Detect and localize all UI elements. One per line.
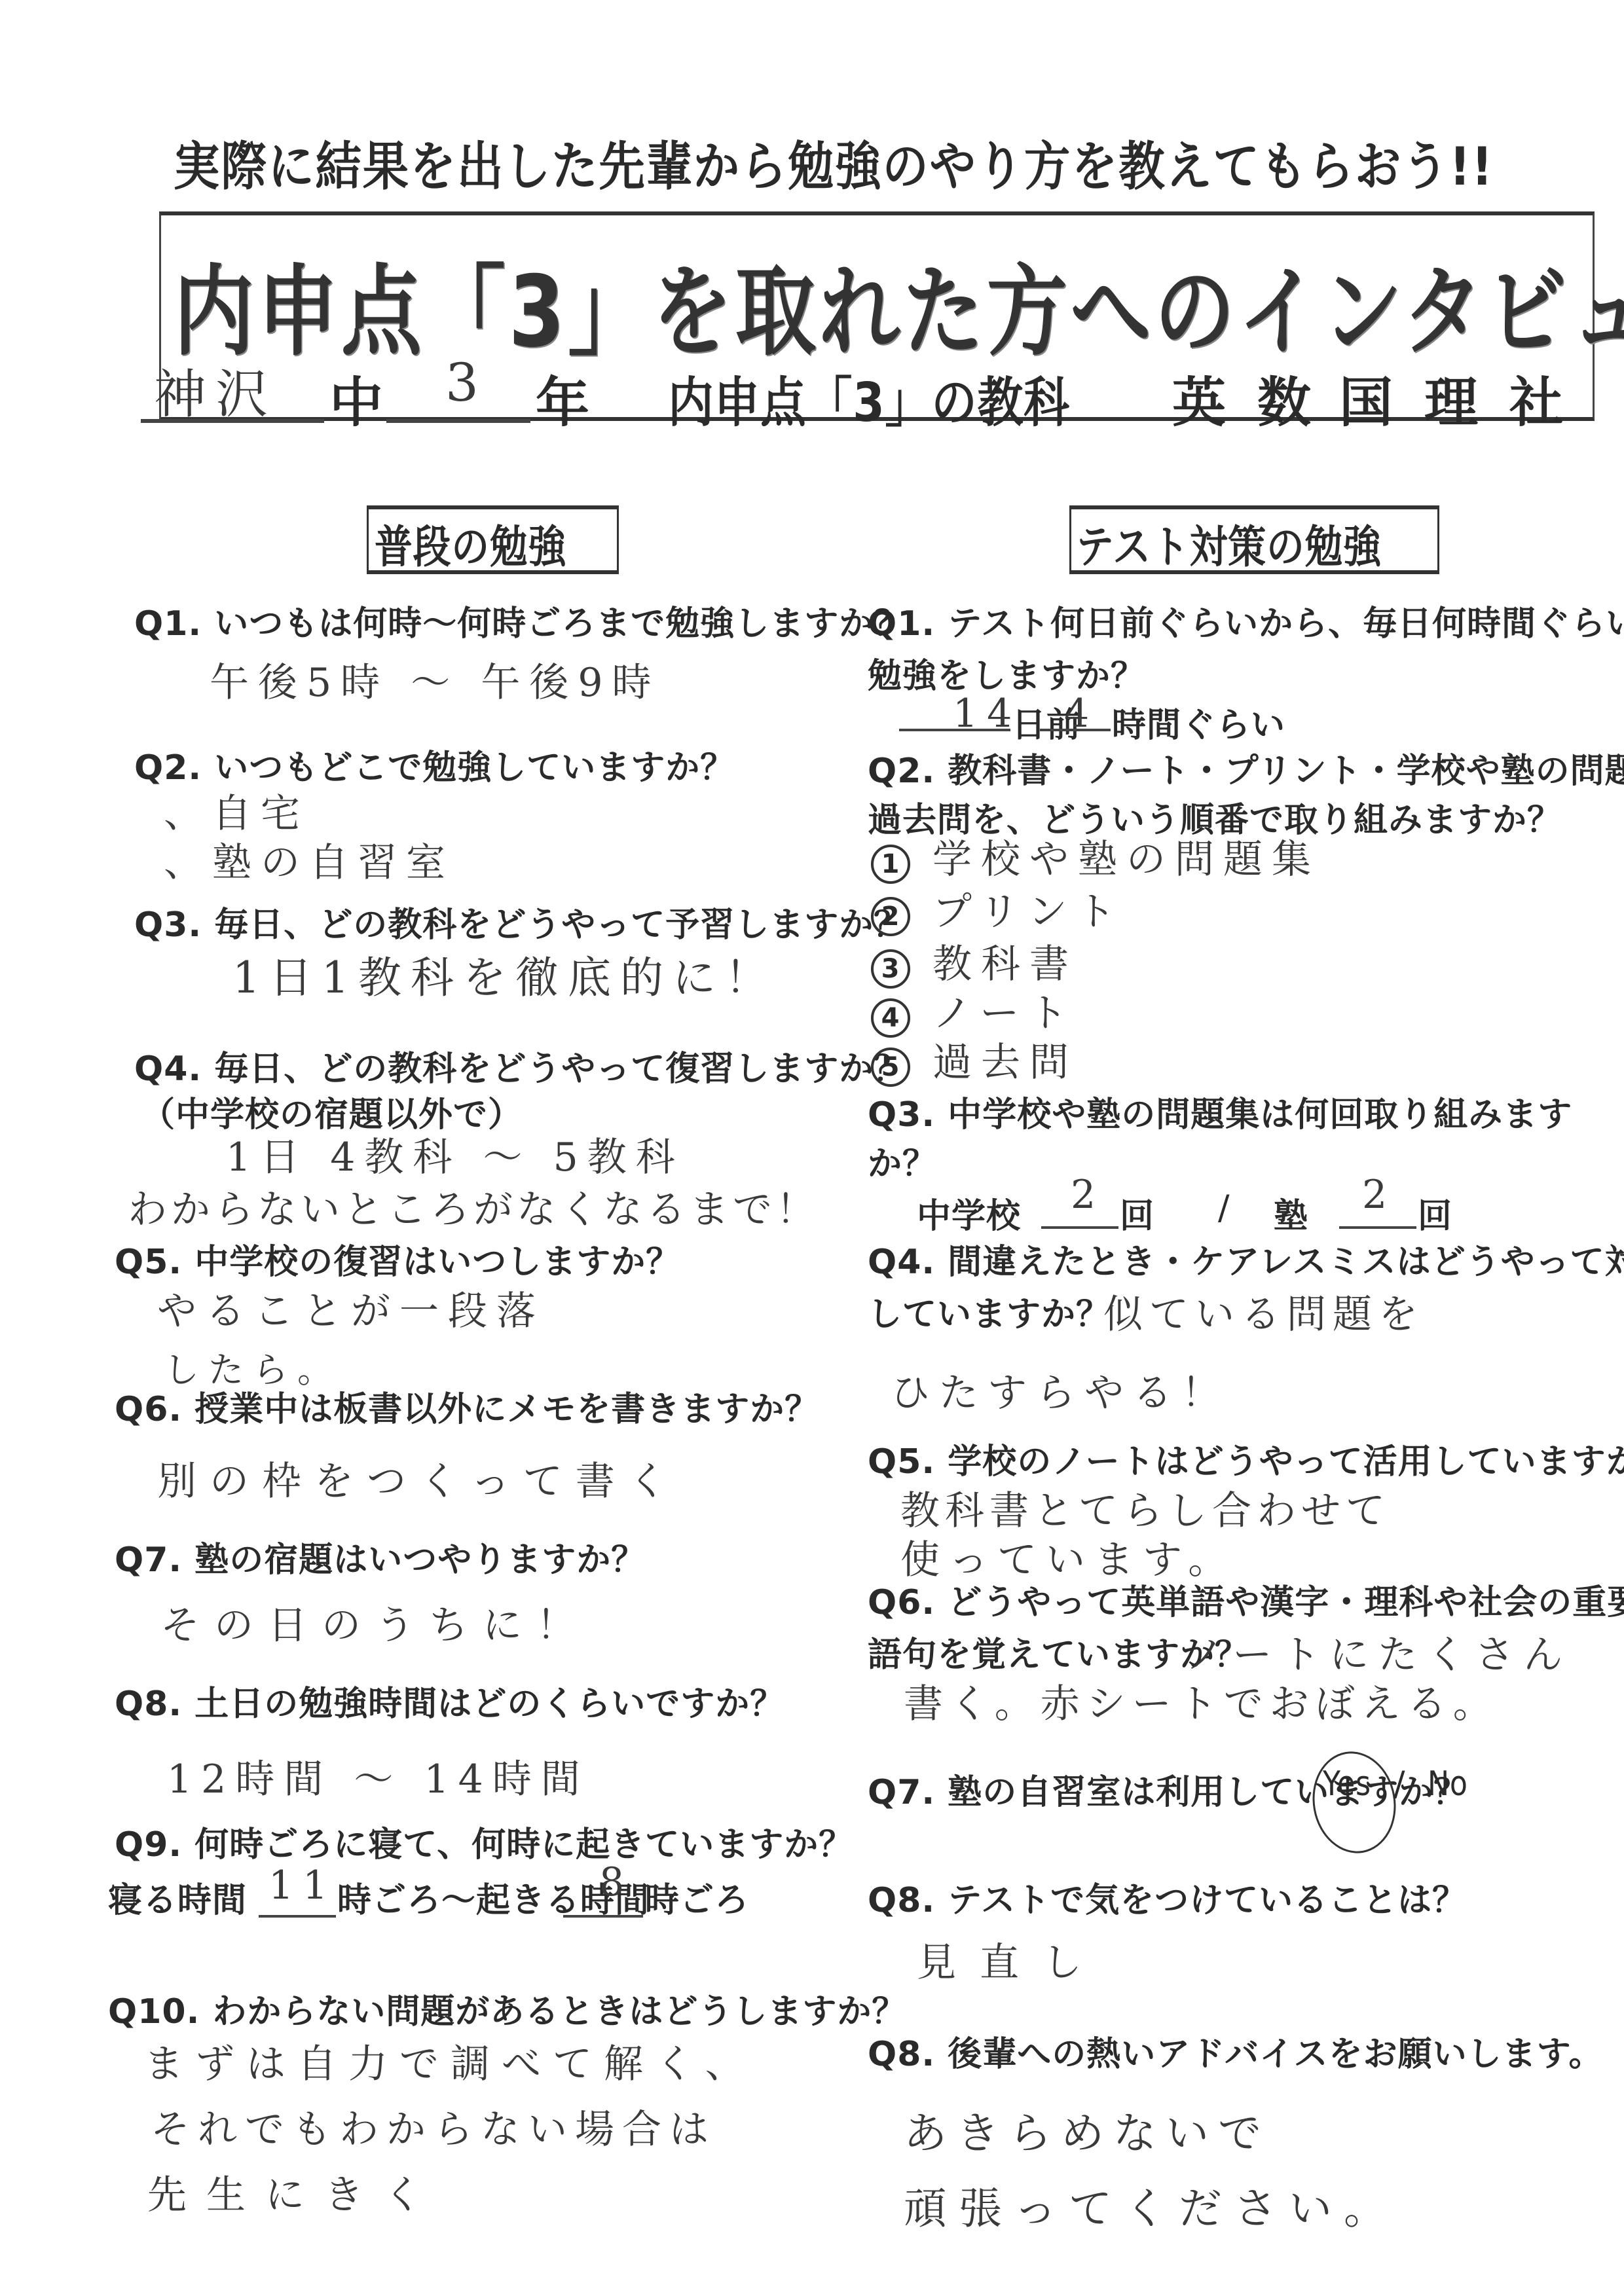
left-q4: Q4. 毎日、どの教科をどうやって復習しますか？ [134, 1041, 908, 1090]
right-q1-line2: 勉強をしますか？ [868, 648, 1145, 697]
left-a2-line2[interactable]: 、塾の自習室 [164, 831, 454, 888]
page-title: 内申点「3」を取れた方へのインタビュー [174, 232, 1624, 374]
left-a7[interactable]: その日のうちに！ [160, 1594, 590, 1650]
order-item-1: 1 学校や塾の問題集 [871, 828, 1320, 884]
order-item-4: 4 ノート [871, 982, 1077, 1038]
circled-number-2: 2 [871, 897, 910, 936]
right-q8: Q8. テストで気をつけていることは？ [868, 1872, 1467, 1922]
left-a5-line1[interactable]: やることが一段落 [157, 1280, 545, 1336]
hours-label: 時間ぐらい [1112, 697, 1285, 746]
wake-underline [563, 1915, 643, 1918]
right-a6-line1[interactable]: ノートにたくさん [1185, 1624, 1572, 1680]
yes-option[interactable]: Yes [1323, 1764, 1371, 1804]
left-q7: Q7. 塾の宿題はいつやりますか？ [115, 1532, 646, 1581]
grade-field[interactable]: 3 [445, 352, 488, 413]
left-a4-line1[interactable]: 1日 4教科 ～ 5教科 [226, 1126, 684, 1182]
section-title-daily: 普段の勉強 [375, 512, 566, 575]
right-q4: Q4. 間違えたとき・ケアレスミスはどうやって対策 [868, 1234, 1624, 1283]
hours-underline [1040, 729, 1111, 731]
order-item-2: 2 プリント [871, 881, 1125, 937]
school-name-field[interactable]: 神沢 [154, 352, 277, 428]
sleep-underline [259, 1915, 336, 1918]
order-item-1-text[interactable]: 学校や塾の問題集 [932, 837, 1320, 883]
right-q4-line2: していますか？ [868, 1286, 1111, 1336]
right-q2: Q2. 教科書・ノート・プリント・学校や塾の問題集・ [868, 743, 1624, 792]
right-q3: Q3. 中学校や塾の問題集は何回取り組みます [868, 1087, 1572, 1136]
juku-workbook-count-field[interactable]: 2 [1362, 1172, 1396, 1218]
left-a10-line3[interactable]: 先生にきく [147, 2164, 442, 2220]
left-q10: Q10. わからない問題があるときはどうしますか？ [108, 1984, 906, 2033]
left-a6[interactable]: 別の枠をつくって書く [157, 1450, 680, 1506]
left-q8: Q8. 土日の勉強時間はどのくらいですか？ [115, 1676, 784, 1725]
left-a2-line1[interactable]: 、自宅 [164, 782, 309, 839]
left-q3: Q3. 毎日、どの教科をどうやって予習しますか？ [134, 897, 908, 946]
left-q1: Q1. いつもは何時～何時ごろまで勉強しますか？ [134, 596, 908, 645]
subject-math: 数 [1257, 360, 1312, 437]
left-a1[interactable]: 午後5時 ～ 午後9時 [210, 651, 661, 708]
right-a4-line1[interactable]: 似ている問題を [1103, 1283, 1424, 1339]
school-suffix: 中 [329, 360, 384, 437]
school-workbook-count-field[interactable]: 2 [1071, 1172, 1105, 1218]
right-q9: Q8. 後輩への熱いアドバイスをお願いします。 [868, 2026, 1604, 2075]
count-separator: / [1218, 1188, 1230, 1228]
right-a5-line1[interactable]: 教科書とてらし合わせて [900, 1480, 1390, 1536]
right-a4-line2[interactable]: ひたすらやる！ [891, 1362, 1230, 1418]
right-a6-line2[interactable]: 書く。赤シートでおぼえる。 [904, 1673, 1499, 1729]
days-underline [899, 729, 1010, 731]
order-item-4-text[interactable]: ノート [932, 991, 1077, 1036]
right-a9-line1[interactable]: あきらめないで [904, 2098, 1270, 2160]
yes-no-separator: / [1393, 1764, 1406, 1804]
order-item-5: 5 過去問 [871, 1031, 1078, 1087]
circled-number-5: 5 [871, 1048, 910, 1087]
wake-suffix: 時ごろ [645, 1872, 749, 1922]
order-item-2-text[interactable]: プリント [932, 889, 1125, 935]
school-count-underline [1041, 1226, 1118, 1229]
subjects-label: 内申点「3」の教科 [668, 360, 1070, 437]
right-a9-line2[interactable]: 頑張ってください。 [904, 2174, 1399, 2236]
school-underline [141, 419, 324, 423]
left-a8[interactable]: 12時間 ～ 14時間 [167, 1748, 589, 1804]
right-a8[interactable]: 見直し [917, 1931, 1105, 1988]
left-a10-line1[interactable]: まずは自力で調べて解く、 [144, 2033, 756, 2089]
left-q6: Q6. 授業中は板書以外にメモを書きますか？ [115, 1381, 819, 1430]
right-q6: Q6. どうやって英単語や漢字・理科や社会の重要 [868, 1575, 1624, 1624]
left-q9: Q9. 何時ごろに寝て、何時に起きていますか？ [115, 1817, 853, 1866]
juku-workbook-label: 塾 [1274, 1188, 1308, 1237]
left-q2: Q2. いつもどこで勉強していますか？ [134, 740, 735, 789]
left-a4-line2[interactable]: わからないところがなくなるまで！ [128, 1178, 819, 1235]
left-a10-line2[interactable]: それでもわからない場合は [151, 2098, 716, 2155]
subject-japanese: 国 [1339, 360, 1393, 437]
circled-number-1: 1 [871, 845, 910, 884]
juku-count-underline [1339, 1226, 1416, 1229]
no-option[interactable]: No [1428, 1764, 1468, 1804]
juku-times-label: 回 [1418, 1188, 1452, 1237]
wake-time-field[interactable]: 8 [599, 1859, 633, 1905]
subject-science: 理 [1424, 360, 1479, 437]
sleep-label: 寝る時間 [108, 1872, 247, 1922]
grade-suffix: 年 [536, 360, 590, 437]
subject-social: 社 [1509, 360, 1564, 437]
section-title-test: テスト対策の勉強 [1076, 512, 1382, 575]
sleep-time-field[interactable]: 11 [268, 1863, 337, 1908]
school-times-label: 回 [1120, 1188, 1154, 1237]
order-item-5-text[interactable]: 過去問 [932, 1040, 1078, 1085]
right-q5: Q5. 学校のノートはどうやって活用していますか？ [868, 1434, 1624, 1483]
right-q3-line2: か？ [868, 1136, 937, 1185]
grade-underline [386, 419, 530, 423]
order-item-3-text[interactable]: 教科書 [932, 941, 1078, 987]
right-q1: Q1. テスト何日前ぐらいから、毎日何時間ぐらい [868, 596, 1624, 645]
left-a3[interactable]: 1日1教科を徹底的に！ [232, 943, 777, 1005]
subject-english: 英 [1172, 360, 1227, 437]
school-workbook-label: 中学校 [917, 1188, 1021, 1237]
page-tagline: 実際に結果を出した先輩から勉強のやり方を教えてもらおう!! [174, 124, 1494, 200]
left-q5: Q5. 中学校の復習はいつしますか？ [115, 1234, 680, 1283]
order-item-3: 3 教科書 [871, 933, 1078, 989]
